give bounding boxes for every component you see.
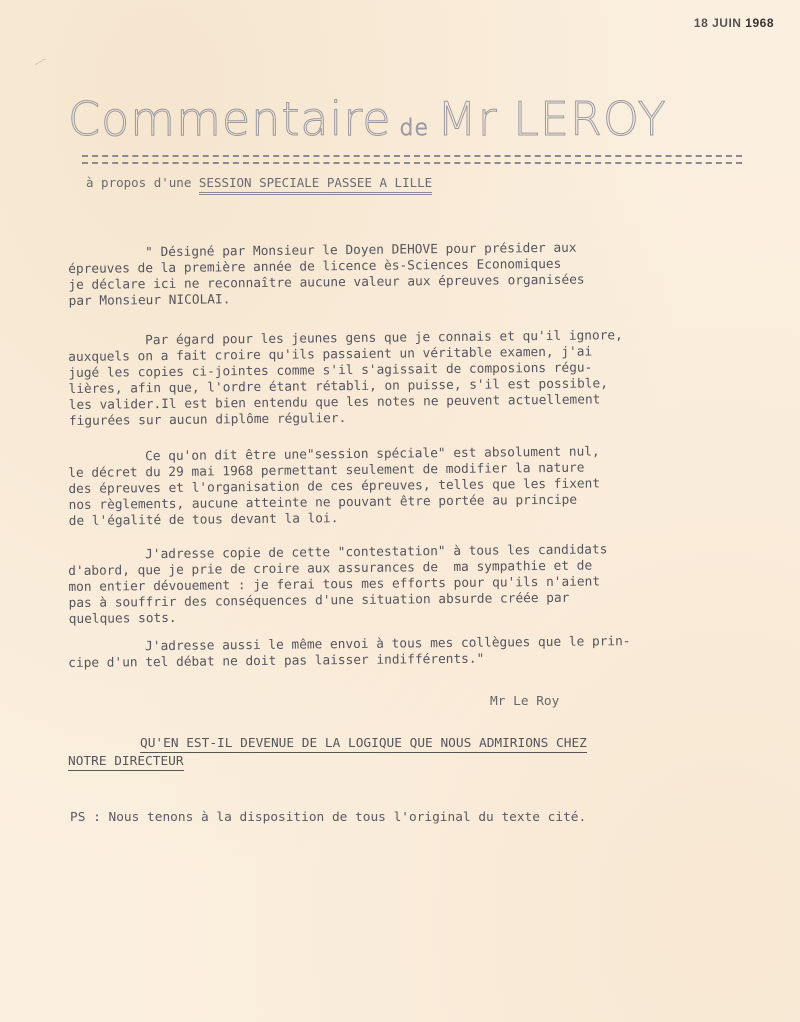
conclusion: QU'EN EST-IL DEVENUE DE LA LOGIQUE QUE N… [68,735,748,771]
document-page: ~~~ 18 JUIN 1968 CommentairedeMr LEROY à… [0,0,800,1022]
signature: Mr Le Roy [490,694,559,709]
title-prefix: Commentaire [68,92,392,146]
postscript: PS : Nous tenons à la disposition de tou… [70,810,586,825]
paragraph-1: " Désigné par Monsieur le Doyen DEHOVE p… [68,239,749,310]
title-divider [82,155,742,164]
margin-mark: ~~~ [33,55,48,68]
conclusion-line-2: NOTRE DIRECTEUR [68,753,184,771]
paragraph-5: J'adresse aussi le même envoi à tous mes… [68,633,748,672]
paragraph-2: Par égard pour les jeunes gens que je co… [68,327,749,430]
document-title: CommentairedeMr LEROY [68,92,667,146]
paragraph-3: Ce qu'on dit être une"session spéciale" … [68,443,749,530]
date-stamp: 18 JUIN 1968 [694,16,774,30]
conclusion-line-1: QU'EN EST-IL DEVENUE DE LA LOGIQUE QUE N… [140,735,587,753]
title-connector: de [400,116,430,141]
paragraph-4: J'adresse copie de cette "contestation" … [68,541,749,628]
subtitle: à propos d'une SESSION SPECIALE PASSEE A… [86,175,432,190]
subtitle-lead: à propos d'une [86,175,199,190]
stamp-year: 1968 [745,16,774,30]
stamp-day-month: 18 JUIN [694,16,742,30]
subtitle-underlined: SESSION SPECIALE PASSEE A LILLE [199,175,432,195]
title-name: Mr LEROY [437,92,667,146]
